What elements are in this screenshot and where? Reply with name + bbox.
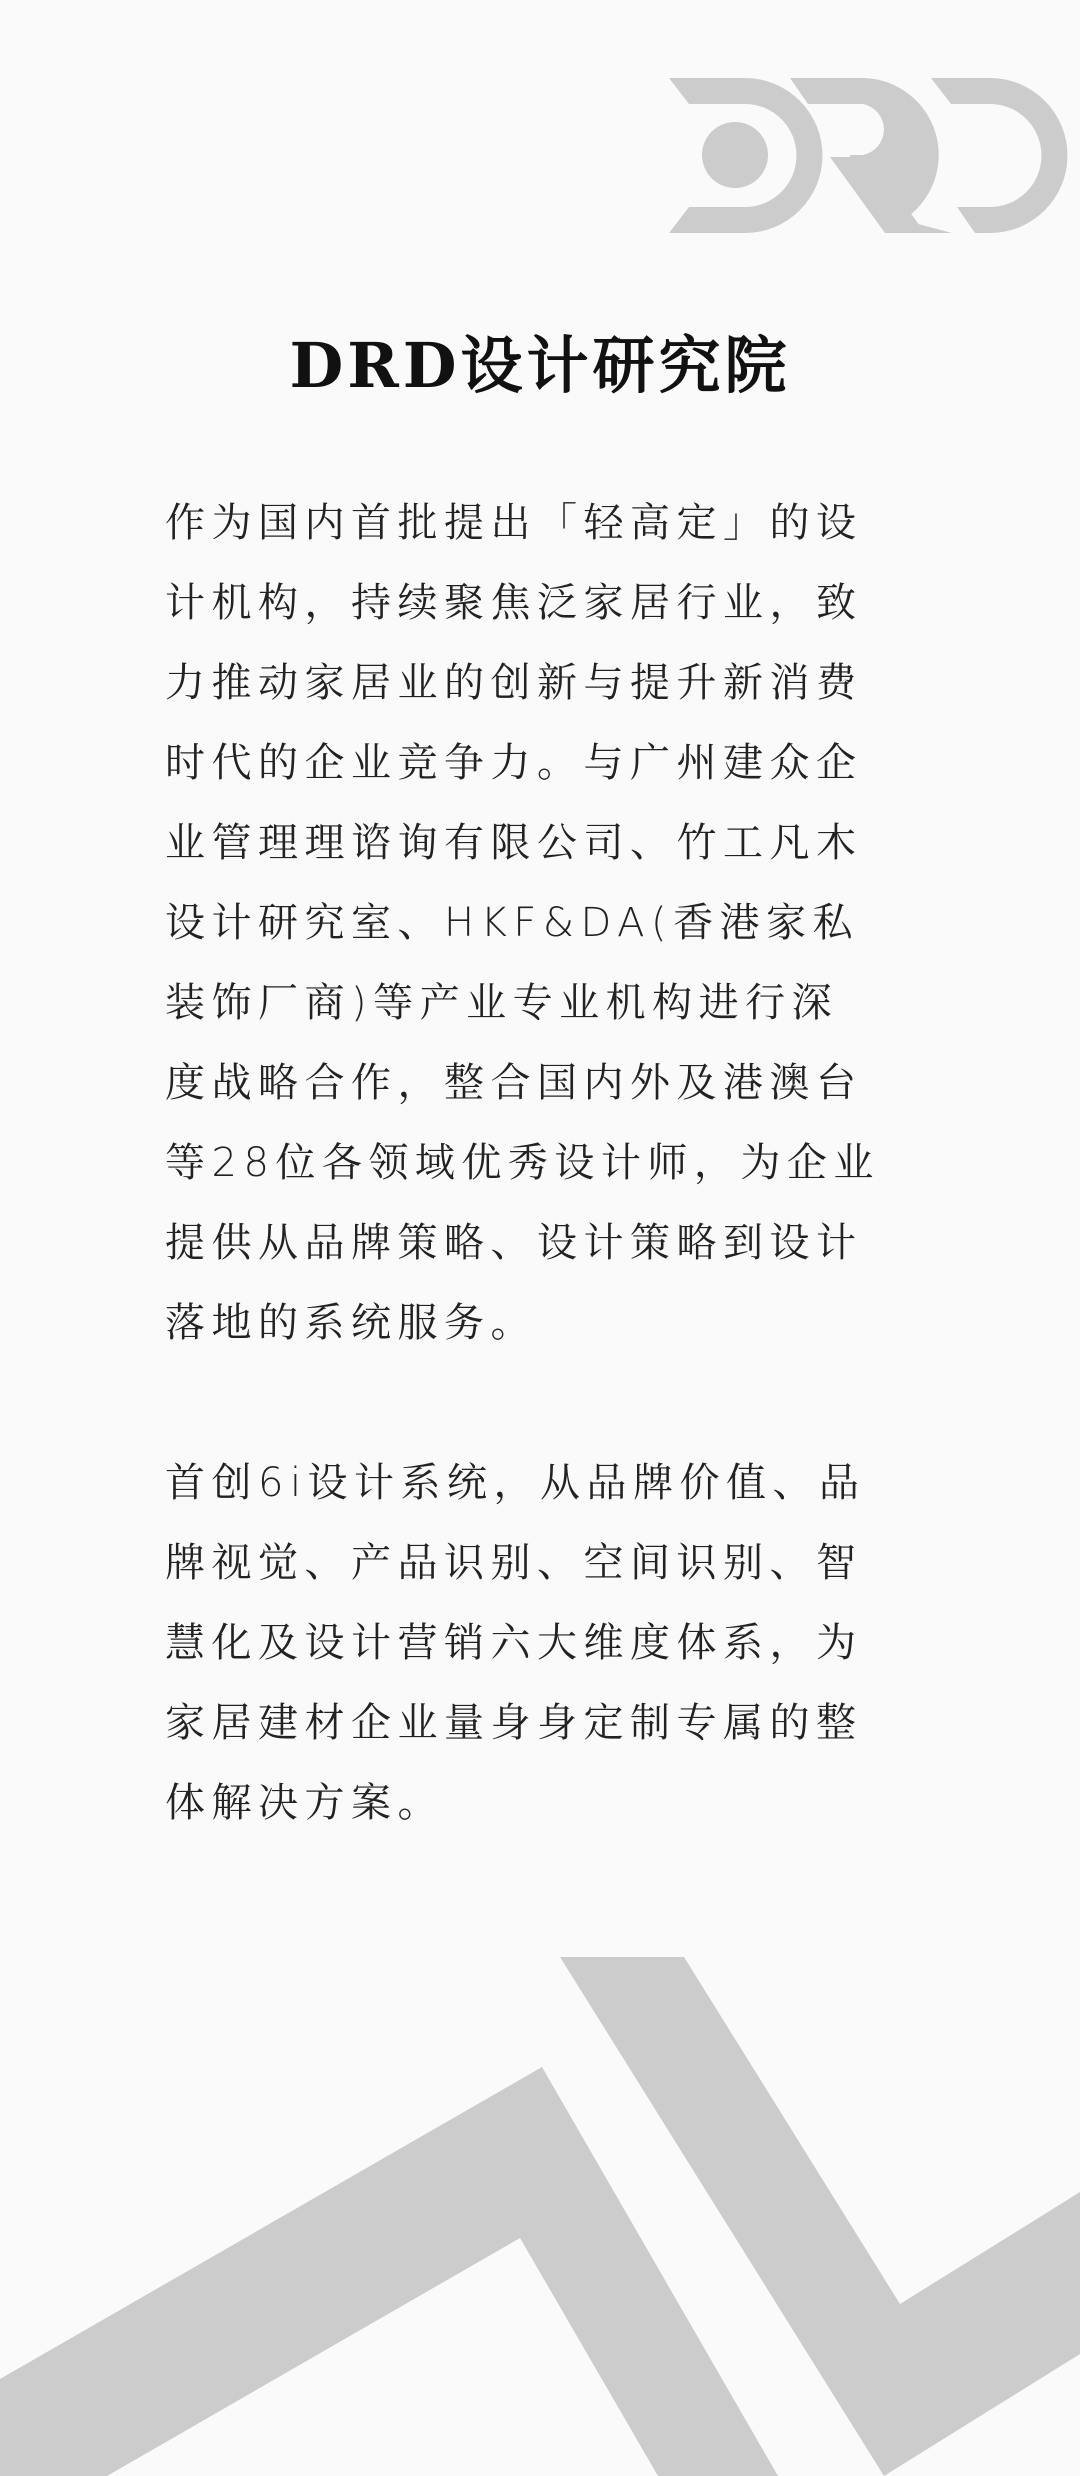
decorative-zigzag-graphic: [0, 1900, 1080, 2476]
system-paragraph: 首创6i设计系统，从品牌价值、品 牌视觉、产品识别、空间识别、智 慧化及设计营销…: [165, 1443, 945, 1843]
text-line: 业管理理谘询有限公司、竹工凡木: [165, 803, 945, 883]
text-line: 家居建材企业量身身定制专属的整: [165, 1683, 945, 1763]
text-line: 作为国内首批提出「轻高定」的设: [165, 483, 945, 563]
text-line: 计机构，持续聚焦泛家居行业，致: [165, 563, 945, 643]
text-line: 牌视觉、产品识别、空间识别、智: [165, 1523, 945, 1603]
text-line: 装饰厂商)等产业专业机构进行深: [165, 963, 945, 1043]
drd-logo-icon: [660, 70, 1080, 250]
text-line: 力推动家居业的创新与提升新消费: [165, 643, 945, 723]
text-line: 时代的企业竞争力。与广州建众企: [165, 723, 945, 803]
text-line: 度战略合作，整合国内外及港澳台: [165, 1043, 945, 1123]
text-line: 慧化及设计营销六大维度体系，为: [165, 1603, 945, 1683]
text-line: 提供从品牌策略、设计策略到设计: [165, 1203, 945, 1283]
text-line: 设计研究室、HKF&DA(香港家私: [165, 883, 945, 963]
page-title: DRD设计研究院: [0, 326, 1080, 406]
text-line: 落地的系统服务。: [165, 1283, 945, 1363]
intro-paragraph: 作为国内首批提出「轻高定」的设 计机构，持续聚焦泛家居行业，致 力推动家居业的创…: [165, 483, 945, 1363]
text-line: 首创6i设计系统，从品牌价值、品: [165, 1443, 945, 1523]
text-line: 体解决方案。: [165, 1763, 945, 1843]
text-line: 等28位各领域优秀设计师，为企业: [165, 1123, 945, 1203]
